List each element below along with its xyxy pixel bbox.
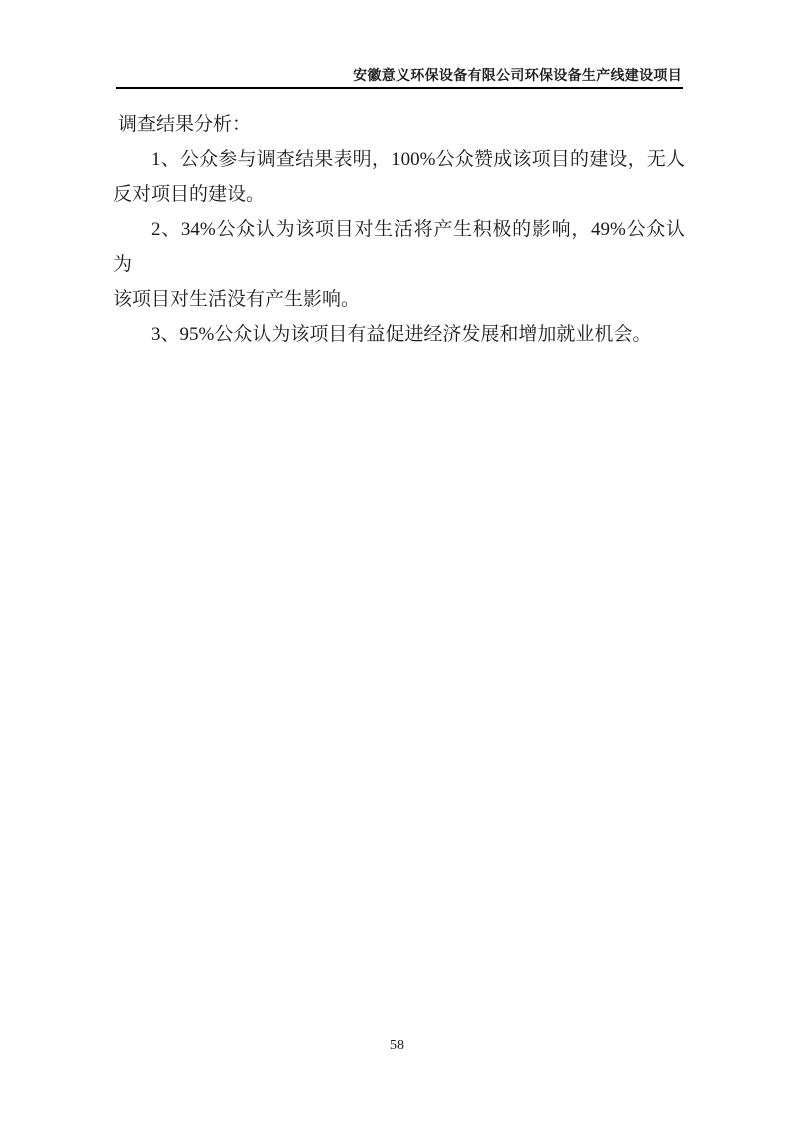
document-body: 调查结果分析： 1、公众参与调查结果表明，100%公众赞成该项目的建设，无人 反…: [113, 107, 685, 352]
page-number: 58: [390, 1038, 404, 1053]
paragraph-2-line-1: 2、34%公众认为该项目对生活将产生积极的影响，49%公众认为: [113, 212, 685, 282]
document-page: 安徽意义环保设备有限公司环保设备生产线建设项目 调查结果分析： 1、公众参与调查…: [0, 0, 794, 1123]
page-footer: 58: [0, 1036, 794, 1056]
paragraph-2-line-2: 该项目对生活没有产生影响。: [113, 282, 685, 317]
paragraph-1: 1、公众参与调查结果表明，100%公众赞成该项目的建设，无人 反对项目的建设。: [113, 142, 685, 212]
paragraph-1-line-1: 1、公众参与调查结果表明，100%公众赞成该项目的建设，无人: [113, 142, 685, 177]
paragraph-3: 3、95%公众认为该项目有益促进经济发展和增加就业机会。: [113, 317, 685, 352]
section-heading: 调查结果分析：: [113, 107, 685, 142]
paragraph-2: 2、34%公众认为该项目对生活将产生积极的影响，49%公众认为 该项目对生活没有…: [113, 212, 685, 317]
paragraph-3-line-1: 3、95%公众认为该项目有益促进经济发展和增加就业机会。: [113, 317, 685, 352]
paragraph-1-line-2: 反对项目的建设。: [113, 177, 685, 212]
header-title: 安徽意义环保设备有限公司环保设备生产线建设项目: [113, 65, 682, 85]
header-rule: [116, 87, 683, 89]
